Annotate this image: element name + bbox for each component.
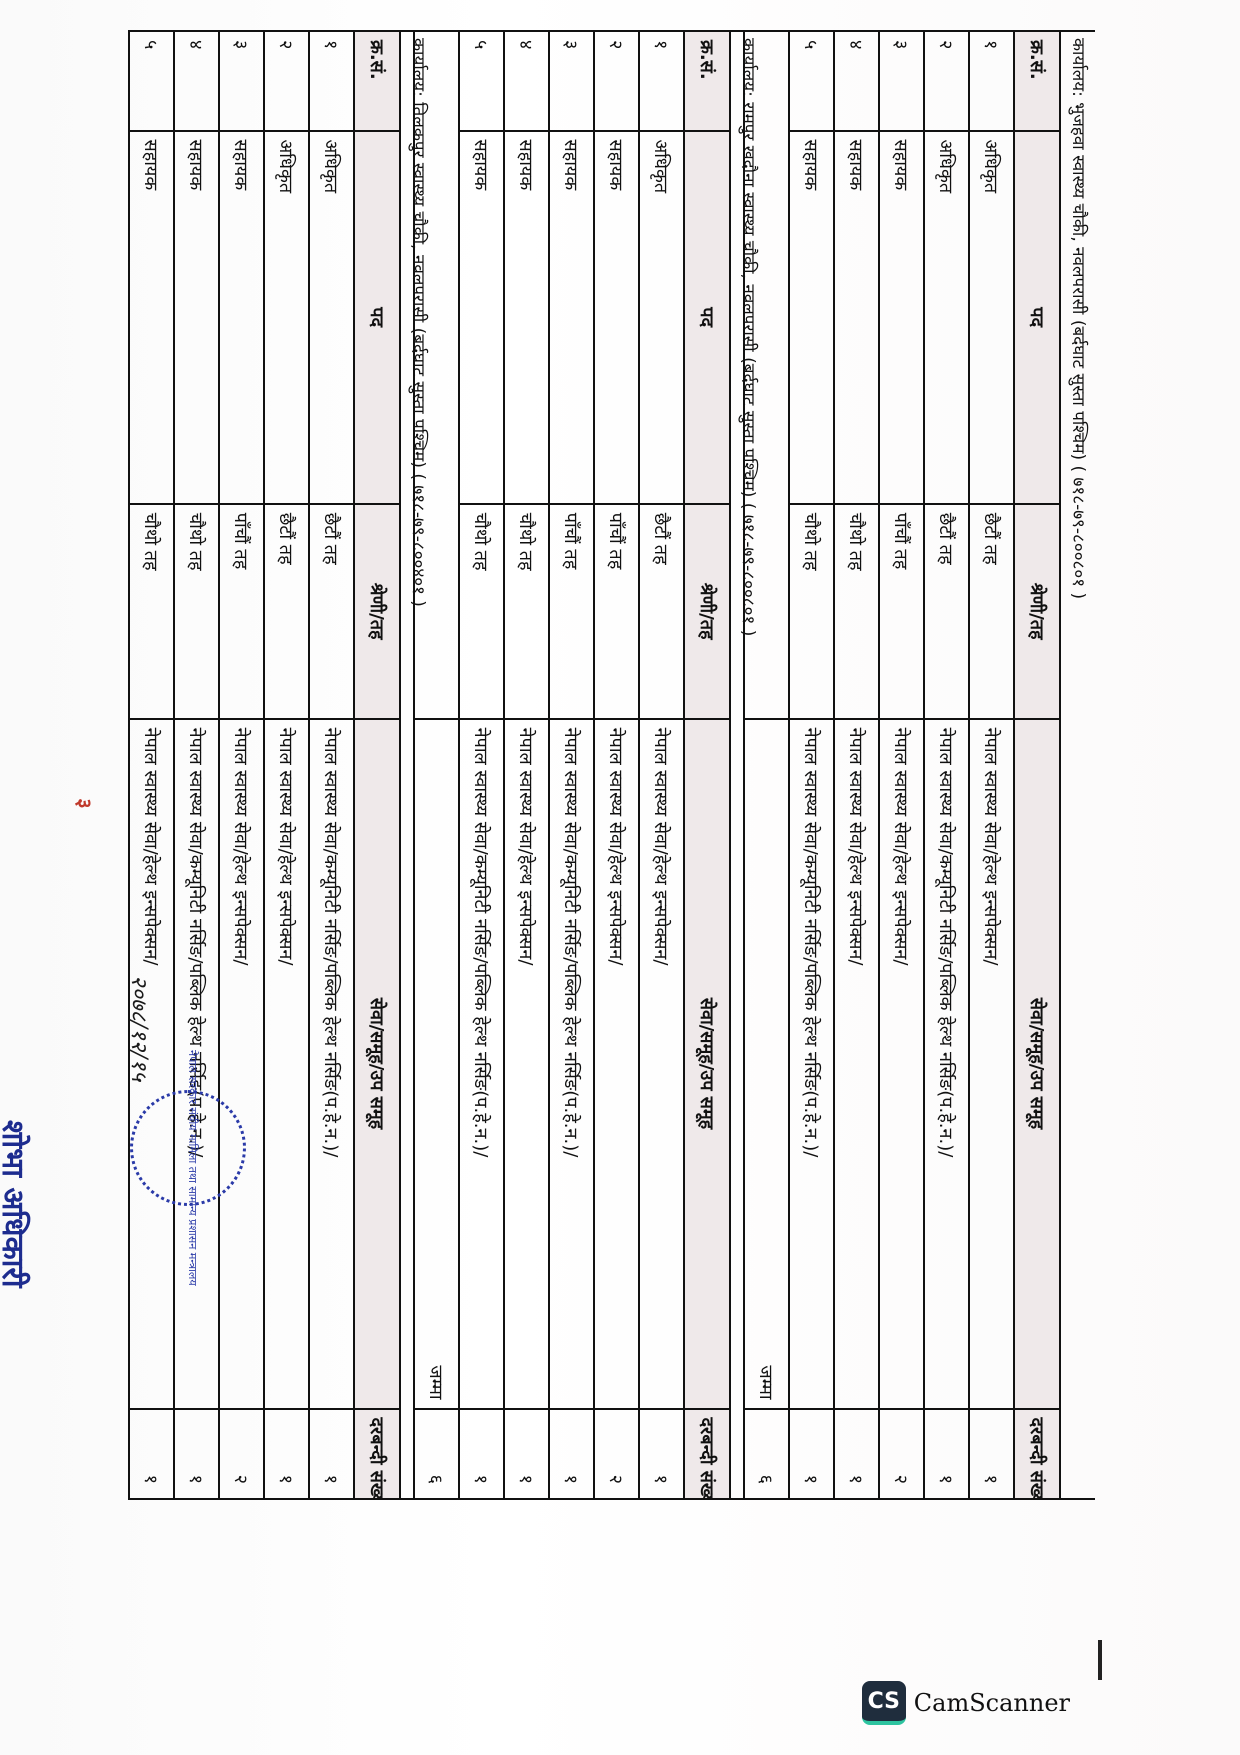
office-title: कार्यालय: तिलकपुर स्वास्थ्य चौकी, नवलपरा… <box>401 30 435 1500</box>
cell-count: १ <box>504 1409 549 1500</box>
column-header-sn: क्र.सं. <box>1014 31 1060 131</box>
table-header-row: क्र.सं.पदश्रेणी/तहसेवा/समूह/उप समूहदरबन्… <box>684 31 730 1499</box>
column-header-count: दरबन्दी संख्या <box>1014 1409 1060 1500</box>
table-row: ३सहायकपाँचौं तहनेपाल स्वास्थ्य सेवा/हेल्… <box>219 31 264 1499</box>
table-row: २सहायकपाँचौं तहनेपाल स्वास्थ्य सेवा/हेल्… <box>594 31 639 1499</box>
cell-level: छैटौं तह <box>309 504 354 719</box>
cell-service: नेपाल स्वास्थ्य सेवा/हेल्थ इन्सपेक्सन/ <box>639 719 684 1409</box>
cell-count: १ <box>309 1409 354 1500</box>
cell-level: चौथो तह <box>459 504 504 719</box>
cell-service: नेपाल स्वास्थ्य सेवा/हेल्थ इन्सपेक्सन/ <box>969 719 1014 1409</box>
cell-service: नेपाल स्वास्थ्य सेवा/हेल्थ इन्सपेक्सन/ <box>504 719 549 1409</box>
cell-sn: ५ <box>459 31 504 131</box>
table-row: ५सहायकचौथो तहनेपाल स्वास्थ्य सेवा/कम्यून… <box>789 31 834 1499</box>
cell-post: सहायक <box>459 131 504 504</box>
office-section: कार्यालय: रामपुर खदौना स्वास्थ्य चौकी, न… <box>413 30 765 1500</box>
cell-level: छैटौं तह <box>264 504 309 719</box>
cell-post: सहायक <box>834 131 879 504</box>
staffing-table: क्र.सं.पदश्रेणी/तहसेवा/समूह/उप समूहदरबन्… <box>413 30 731 1500</box>
cell-level: चौथो तह <box>129 504 174 719</box>
cell-count: १ <box>924 1409 969 1500</box>
cell-level: छैटौं तह <box>924 504 969 719</box>
cell-sn: ३ <box>549 31 594 131</box>
cell-sn: ५ <box>129 31 174 131</box>
cell-count: १ <box>834 1409 879 1500</box>
cell-service: नेपाल स्वास्थ्य सेवा/हेल्थ इन्सपेक्सन/ <box>879 719 924 1409</box>
cell-post: अधिकृत <box>924 131 969 504</box>
column-header-post: पद <box>684 131 730 504</box>
stamp-text: नेपाल सरकार संघीय मामिला तथा सामान्य प्र… <box>185 1050 200 1286</box>
table-row: ४सहायकचौथो तहनेपाल स्वास्थ्य सेवा/हेल्थ … <box>504 31 549 1499</box>
cell-count: १ <box>459 1409 504 1500</box>
cell-post: सहायक <box>219 131 264 504</box>
signature-name: शोभा अधिकारी <box>0 1120 35 1287</box>
cell-count: १ <box>549 1409 594 1500</box>
cell-service: नेपाल स्वास्थ्य सेवा/कम्यूनिटी नर्सिङ/पब… <box>459 719 504 1409</box>
cell-post: सहायक <box>174 131 219 504</box>
cell-level: चौथो तह <box>789 504 834 719</box>
table-row: ३सहायकपाँचौं तहनेपाल स्वास्थ्य सेवा/हेल्… <box>879 31 924 1499</box>
cell-sn: २ <box>594 31 639 131</box>
cell-service: नेपाल स्वास्थ्य सेवा/कम्यूनिटी नर्सिङ/पब… <box>789 719 834 1409</box>
column-header-level: श्रेणी/तह <box>684 504 730 719</box>
cell-post: अधिकृत <box>639 131 684 504</box>
column-header-post: पद <box>1014 131 1060 504</box>
cell-service: नेपाल स्वास्थ्य सेवा/हेल्थ इन्सपेक्सन/ <box>264 719 309 1409</box>
cell-post: अधिकृत <box>309 131 354 504</box>
camscanner-logo-icon: CS <box>862 1681 906 1725</box>
cell-level: छैटौं तह <box>639 504 684 719</box>
cell-sn: ५ <box>789 31 834 131</box>
column-header-service: सेवा/समूह/उप समूह <box>1014 719 1060 1409</box>
cell-count: २ <box>594 1409 639 1500</box>
cell-post: सहायक <box>789 131 834 504</box>
table-row: २अधिकृतछैटौं तहनेपाल स्वास्थ्य सेवा/कम्य… <box>924 31 969 1499</box>
office-title: कार्यालय: भुजहवा स्वास्थ्य चौकी, नवलपरास… <box>1061 30 1095 1500</box>
cell-level: पाँचौं तह <box>879 504 924 719</box>
cell-post: अधिकृत <box>264 131 309 504</box>
cell-service: नेपाल स्वास्थ्य सेवा/कम्यूनिटी नर्सिङ/पब… <box>309 719 354 1409</box>
table-row: २अधिकृतछैटौं तहनेपाल स्वास्थ्य सेवा/हेल्… <box>264 31 309 1499</box>
table-row: ३सहायकपाँचौं तहनेपाल स्वास्थ्य सेवा/कम्य… <box>549 31 594 1499</box>
cell-count: १ <box>969 1409 1014 1500</box>
cell-level: चौथो तह <box>834 504 879 719</box>
edge-mark <box>1098 1640 1102 1680</box>
cell-sn: २ <box>264 31 309 131</box>
staffing-table: क्र.सं.पदश्रेणी/तहसेवा/समूह/उप समूहदरबन्… <box>743 30 1061 1500</box>
cell-level: छैटौं तह <box>969 504 1014 719</box>
camscanner-watermark: CS CamScanner <box>862 1681 1070 1725</box>
staffing-table: क्र.सं.पदश्रेणी/तहसेवा/समूह/उप समूहदरबन्… <box>128 30 401 1500</box>
cell-sn: ४ <box>504 31 549 131</box>
cell-sn: १ <box>639 31 684 131</box>
column-header-service: सेवा/समूह/उप समूह <box>354 719 400 1409</box>
cell-count: १ <box>129 1409 174 1500</box>
cell-level: चौथो तह <box>174 504 219 719</box>
cell-count: २ <box>219 1409 264 1500</box>
column-header-post: पद <box>354 131 400 504</box>
cell-sn: ४ <box>834 31 879 131</box>
cell-post: सहायक <box>549 131 594 504</box>
cell-level: पाँचौं तह <box>594 504 639 719</box>
column-header-sn: क्र.सं. <box>684 31 730 131</box>
rotated-document: कार्यालय: भुजहवा स्वास्थ्य चौकी, नवलपरास… <box>105 30 1095 1500</box>
cell-level: पाँचौं तह <box>219 504 264 719</box>
office-section: कार्यालय: भुजहवा स्वास्थ्य चौकी, नवलपरास… <box>743 30 1095 1500</box>
cell-service: नेपाल स्वास्थ्य सेवा/हेल्थ इन्सपेक्सन/ <box>219 719 264 1409</box>
cell-post: अधिकृत <box>969 131 1014 504</box>
cell-count: १ <box>264 1409 309 1500</box>
table-row: १अधिकृतछैटौं तहनेपाल स्वास्थ्य सेवा/हेल्… <box>639 31 684 1499</box>
cell-sn: ३ <box>219 31 264 131</box>
column-header-level: श्रेणी/तह <box>1014 504 1060 719</box>
cell-sn: २ <box>924 31 969 131</box>
cell-service: नेपाल स्वास्थ्य सेवा/कम्यूनिटी नर्सिङ/पब… <box>924 719 969 1409</box>
cell-count: १ <box>174 1409 219 1500</box>
column-header-service: सेवा/समूह/उप समूह <box>684 719 730 1409</box>
column-header-count: दरबन्दी संख्या <box>684 1409 730 1500</box>
cell-post: सहायक <box>504 131 549 504</box>
table-row: १अधिकृतछैटौं तहनेपाल स्वास्थ्य सेवा/कम्य… <box>309 31 354 1499</box>
cell-sn: ३ <box>879 31 924 131</box>
office-section: कार्यालय: तिलकपुर स्वास्थ्य चौकी, नवलपरा… <box>128 30 435 1500</box>
camscanner-label: CamScanner <box>914 1689 1070 1717</box>
cell-post: सहायक <box>594 131 639 504</box>
column-header-level: श्रेणी/तह <box>354 504 400 719</box>
cell-count: २ <box>879 1409 924 1500</box>
cell-count: १ <box>789 1409 834 1500</box>
table-header-row: क्र.सं.पदश्रेणी/तहसेवा/समूह/उप समूहदरबन्… <box>354 31 400 1499</box>
cell-sn: १ <box>309 31 354 131</box>
table-row: ४सहायकचौथो तहनेपाल स्वास्थ्य सेवा/हेल्थ … <box>834 31 879 1499</box>
office-title: कार्यालय: रामपुर खदौना स्वास्थ्य चौकी, न… <box>731 30 765 1500</box>
cell-level: पाँचौं तह <box>549 504 594 719</box>
cell-service: नेपाल स्वास्थ्य सेवा/कम्यूनिटी नर्सिङ/पब… <box>549 719 594 1409</box>
table-row: १अधिकृतछैटौं तहनेपाल स्वास्थ्य सेवा/हेल्… <box>969 31 1014 1499</box>
cell-sn: १ <box>969 31 1014 131</box>
cell-service: नेपाल स्वास्थ्य सेवा/हेल्थ इन्सपेक्सन/ <box>594 719 639 1409</box>
cell-post: सहायक <box>879 131 924 504</box>
column-header-count: दरबन्दी संख्या <box>354 1409 400 1500</box>
page-number: ३ <box>72 798 99 808</box>
table-row: ५सहायकचौथो तहनेपाल स्वास्थ्य सेवा/हेल्थ … <box>129 31 174 1499</box>
cell-level: चौथो तह <box>504 504 549 719</box>
column-header-sn: क्र.सं. <box>354 31 400 131</box>
cell-sn: ४ <box>174 31 219 131</box>
cell-count: १ <box>639 1409 684 1500</box>
cell-post: सहायक <box>129 131 174 504</box>
table-header-row: क्र.सं.पदश्रेणी/तहसेवा/समूह/उप समूहदरबन्… <box>1014 31 1060 1499</box>
handwritten-date: २०७८/१२/१५ <box>5 975 155 1095</box>
cell-service: नेपाल स्वास्थ्य सेवा/हेल्थ इन्सपेक्सन/ <box>834 719 879 1409</box>
table-row: ५सहायकचौथो तहनेपाल स्वास्थ्य सेवा/कम्यून… <box>459 31 504 1499</box>
